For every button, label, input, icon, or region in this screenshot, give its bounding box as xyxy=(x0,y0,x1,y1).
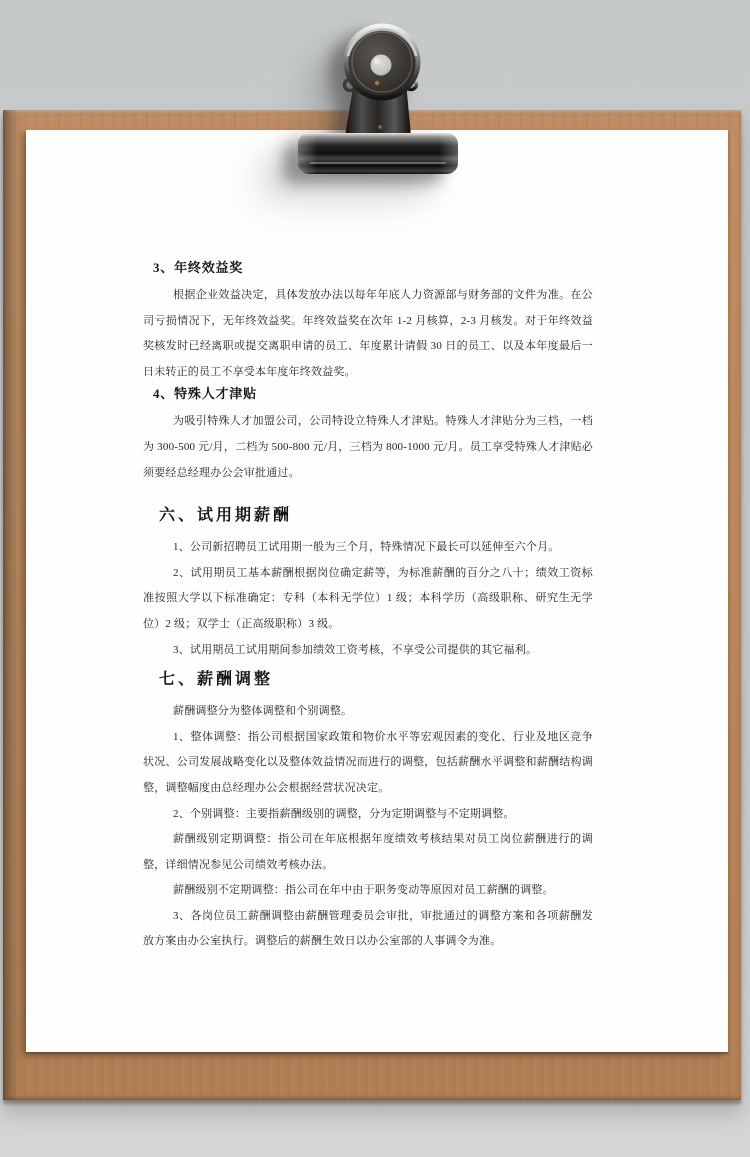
heading-probation-salary: 六、试用期薪酬 xyxy=(159,505,593,527)
para-adjustment-periodic: 薪酬级别定期调整：指公司在年底根据年度绩效考核结果对员工岗位薪酬进行的调整，详细… xyxy=(143,827,593,878)
para-adjustment-overall: 1、整体调整：指公司根据国家政策和物价水平等宏观因素的变化、行业及地区竞争状况、… xyxy=(143,725,593,802)
para-annual-benefit-bonus: 根据企业效益决定，具体发放办法以每年年底人力资源部与财务部的文件为准。在公司亏损… xyxy=(143,283,593,385)
para-probation-item-2: 2、试用期员工基本薪酬根据岗位确定薪等，为标准薪酬的百分之八十；绩效工资标准按照… xyxy=(143,561,593,638)
para-probation-item-1: 1、公司新招聘员工试用期一般为三个月，特殊情况下最长可以延伸至六个月。 xyxy=(143,535,593,561)
clip-ring-hole xyxy=(371,55,392,76)
para-special-talent-allowance: 为吸引特殊人才加盟公司，公司特设立特殊人才津贴。特殊人才津贴分为三档，一档为 3… xyxy=(143,409,593,486)
clipboard-board: 3、年终效益奖 根据企业效益决定，具体发放办法以每年年底人力资源部与财务部的文件… xyxy=(3,110,741,1100)
para-adjustment-approval: 3、各岗位员工薪酬调整由薪酬管理委员会审批，审批通过的调整方案和各项薪酬发放方案… xyxy=(143,904,593,955)
document-content: 3、年终效益奖 根据企业效益决定，具体发放办法以每年年底人力资源部与财务部的文件… xyxy=(143,259,593,955)
para-adjustment-intro: 薪酬调整分为整体调整和个别调整。 xyxy=(143,699,593,725)
heading-special-talent-allowance: 4、特殊人才津贴 xyxy=(153,385,593,403)
heading-salary-adjustment: 七、薪酬调整 xyxy=(159,669,593,691)
document-page: 3、年终效益奖 根据企业效益决定，具体发放办法以每年年底人力资源部与财务部的文件… xyxy=(26,130,728,1052)
para-probation-item-3: 3、试用期员工试用期间参加绩效工资考核，不享受公司提供的其它福利。 xyxy=(143,638,593,664)
para-adjustment-nonperiodic: 薪酬级别不定期调整：指公司在年中由于职务变动等原因对员工薪酬的调整。 xyxy=(143,878,593,904)
para-adjustment-individual: 2、个别调整：主要指薪酬级别的调整，分为定期调整与不定期调整。 xyxy=(143,802,593,828)
binder-clip-icon xyxy=(278,14,478,184)
heading-annual-benefit-bonus: 3、年终效益奖 xyxy=(153,259,593,277)
